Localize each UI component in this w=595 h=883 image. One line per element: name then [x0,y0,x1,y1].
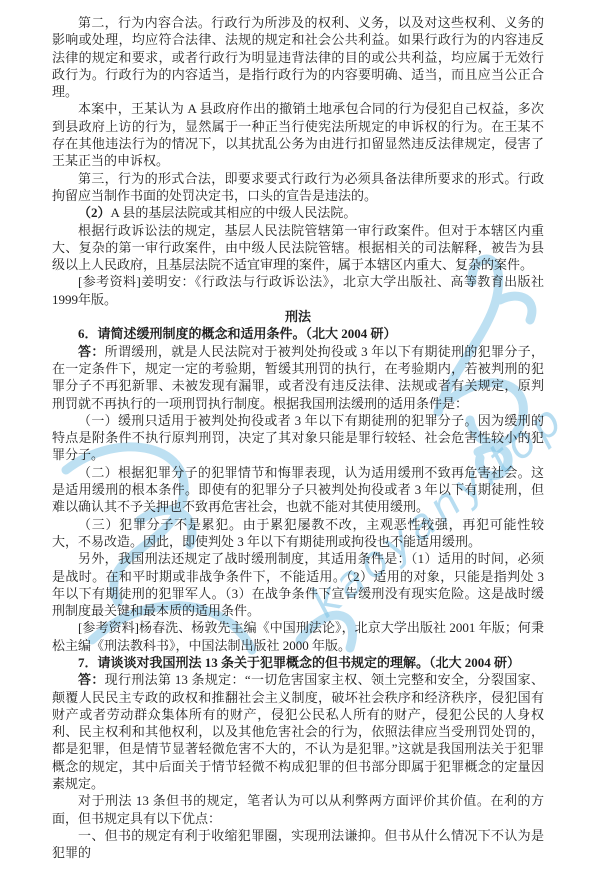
answer-6-wartime-run-0: 另外，我国刑法还规定了战时缓刑制度，其适用条件是：（1）适用的时间，必须是战时。… [52,551,544,618]
para-answer-court: （2）A 县的基层法院或其相应的中级人民法院。 [52,204,544,221]
answer-7-article-13-run-0: 答： [78,672,105,687]
answer-7-article-13: 答：现行刑法第 13 条规定：“一切危害国家主权、领土完整和安全，分裂国家、颠覆… [52,671,544,792]
answer-6-condition-3: （三）犯罪分子不是累犯。由于累犯屡教不改，主观恶性较强，再犯可能性较大，不易改造… [52,516,544,551]
question-7-heading: 7．请谈谈对我国刑法 13 条关于犯罪概念的但书规定的理解。（北大 2004 研… [52,654,544,671]
text-column: 第二，行为内容合法。行政行为所涉及的权利、义务，以及对这些权利、义务的影响或处理… [52,14,544,862]
answer-6-wartime: 另外，我国刑法还规定了战时缓刑制度，其适用条件是：（1）适用的时间，必须是战时。… [52,550,544,619]
para-case-analysis-run-0: 本案中，王某认为 A 县政府作出的撤销土地承包合同的行为侵犯自己权益，多次到县政… [52,101,544,168]
answer-6-intro: 答：所谓缓刑，就是人民法院对于被判处拘役或 3 年以下有期徒刑的犯罪分子，在一定… [52,343,544,412]
para-content-legality-run-0: 第二，行为内容合法。行政行为所涉及的权利、义务，以及对这些权利、义务的影响或处理… [52,15,544,99]
para-reference-admin-law: [参考资料]姜明安：《行政法与行政诉讼法》，北京大学出版社、高等教育出版社 19… [52,273,544,308]
answer-7-advantage-1-run-0: 一、但书的规定有利于收缩犯罪圈，实现刑法谦抑。但书从什么情况下不认为是犯罪的 [52,828,544,860]
answer-7-advantage-1: 一、但书的规定有利于收缩犯罪圈，实现刑法谦抑。但书从什么情况下不认为是犯罪的 [52,827,544,862]
answer-6-condition-2: （二）根据犯罪分子的犯罪情节和悔罪表现，认为适用缓刑不致再危害社会。这是适用缓刑… [52,464,544,516]
para-jurisdiction: 根据行政诉讼法的规定，基层人民法院管辖第一审行政案件。但对于本辖区内重大、复杂的… [52,222,544,274]
para-form-legality-run-0: 第三，行为的形式合法，即要求要式行政行为必须具备法律所要求的形式。行政拘留应当制… [52,171,544,203]
answer-6-condition-2-run-0: （二）根据犯罪分子的犯罪情节和悔罪表现，认为适用缓刑不致再危害社会。这是适用缓刑… [52,465,544,515]
section-heading-criminal-law-run-0: 刑法 [285,309,311,324]
answer-7-evaluation: 对于刑法 13 条但书的规定，笔者认为可以从利弊两方面评价其价值。在利的方面，但… [52,792,544,827]
para-reference-admin-law-run-0: [参考资料]姜明安：《行政法与行政诉讼法》，北京大学出版社、高等教育出版社 19… [52,274,544,306]
para-content-legality: 第二，行为内容合法。行政行为所涉及的权利、义务，以及对这些权利、义务的影响或处理… [52,14,544,100]
answer-6-condition-3-run-0: （三）犯罪分子不是累犯。由于累犯屡教不改，主观恶性较强，再犯可能性较大，不易改造… [52,517,544,549]
answer-6-intro-run-0: 答： [78,344,105,359]
para-jurisdiction-run-0: 根据行政诉讼法的规定，基层人民法院管辖第一审行政案件。但对于本辖区内重大、复杂的… [52,223,544,273]
para-reference-criminal-law: [参考资料]杨春洗、杨敦先主编《中国刑法论》，北京大学出版社 2001 年版；何… [52,619,544,654]
answer-7-evaluation-run-0: 对于刑法 13 条但书的规定，笔者认为可以从利弊两方面评价其价值。在利的方面，但… [52,793,544,825]
para-answer-court-run-1: A 县的基层法院或其相应的中级人民法院。 [111,205,357,220]
answer-6-condition-1-run-0: （一）缓刑只适用于被判处拘役或者 3 年以下有期徒刑的犯罪分子。因为缓刑的特点是… [52,413,544,463]
answer-6-intro-run-1: 所谓缓刑，就是人民法院对于被判处拘役或 3 年以下有期徒刑的犯罪分子，在一定条件… [52,344,544,411]
para-case-analysis: 本案中，王某认为 A 县政府作出的撤销土地承包合同的行为侵犯自己权益，多次到县政… [52,100,544,169]
question-6-heading: 6．请简述缓刑制度的概念和适用条件。（北大 2004 研） [52,325,544,342]
section-heading-criminal-law: 刑法 [52,308,544,325]
para-answer-court-run-0: （2） [78,205,111,220]
answer-7-article-13-run-1: 现行刑法第 13 条规定：“一切危害国家主权、领土完整和安全，分裂国家、颠覆人民… [52,672,544,791]
answer-6-condition-1: （一）缓刑只适用于被判处拘役或者 3 年以下有期徒刑的犯罪分子。因为缓刑的特点是… [52,412,544,464]
para-form-legality: 第三，行为的形式合法，即要求要式行政行为必须具备法律所要求的形式。行政拘留应当制… [52,170,544,205]
question-7-heading-run-0: 7．请谈谈对我国刑法 13 条关于犯罪概念的但书规定的理解。（北大 2004 研… [78,655,520,670]
para-reference-criminal-law-run-0: [参考资料]杨春洗、杨敦先主编《中国刑法论》，北京大学出版社 2001 年版；何… [52,620,544,652]
question-6-heading-run-0: 6．请简述缓刑制度的概念和适用条件。（北大 2004 研） [78,326,397,341]
document-page: kaoyany.top 第二，行为内容合法。行政行为所涉及的权利、义务，以及对这… [0,0,595,883]
